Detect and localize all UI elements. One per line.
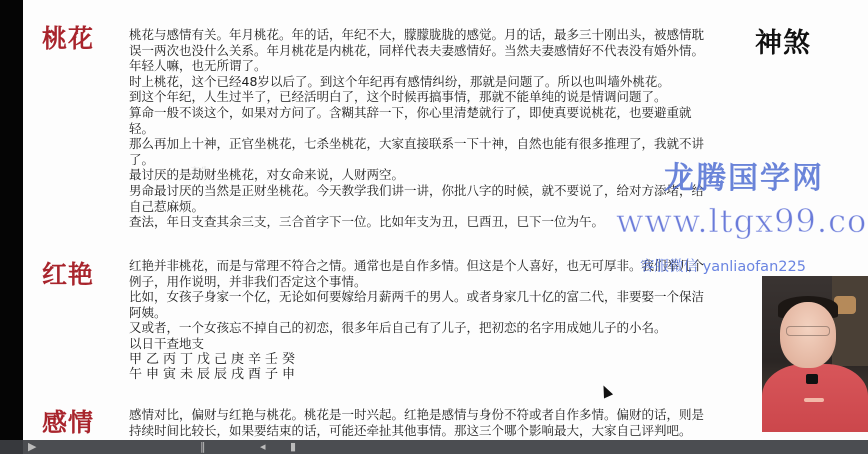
paragraph: 比如，女孩子身家一个亿，无论如何要嫁给月薪两千的男人。或者身家几十亿的富二代，非… (129, 289, 711, 320)
watermark-site-name: 龙腾国学网 (664, 164, 824, 194)
section-title-taohua: 桃花 (42, 26, 94, 51)
paragraph: 红艳并非桃花，而是与常理不符合之情。通常也是自作多情。但这是个人喜好，也无可厚非… (129, 258, 711, 289)
frog-button (804, 398, 824, 402)
section-body-ganqing: 感情对比，偏财与红艳与桃花。桃花是一时兴起。红艳是感情与身份不符或者自作多情。偏… (129, 407, 711, 438)
video-player-control-bar[interactable]: ▶ ‖ ◂ ▮ (0, 440, 868, 454)
control-icon[interactable]: ‖ (200, 441, 206, 453)
watermark-url: www.ltgx99.com (616, 205, 868, 237)
paragraph: 感情对比，偏财与红艳与桃花。桃花是一时兴起。红艳是感情与身份不符或者自作多情。偏… (129, 407, 711, 438)
bookshelf (832, 276, 868, 366)
progress-handle-icon[interactable]: ▮ (290, 441, 296, 453)
corner-title: 神煞 (755, 30, 811, 57)
paragraph: 最讨厌的是劫财坐桃花，对女命来说，人财两空。 (129, 167, 711, 183)
glasses-icon (786, 326, 830, 336)
presenter-webcam (762, 276, 868, 432)
paragraph: 桃花与感情有关。年月桃花。年的话，年纪不大，朦朦胧胧的感觉。月的话，最多三十刚出… (129, 27, 711, 74)
paragraph: 算命一般不谈这个，如果对方问了。含糊其辞一下，你心里清楚就行了，即使真要说桃花，… (129, 105, 711, 136)
section-title-ganqing: 感情 (42, 410, 94, 435)
ghost-overlay-text: 亲生 (190, 163, 210, 178)
section-body-hongyan: 红艳并非桃花，而是与常理不符合之情。通常也是自作多情。但这是个人喜好，也无可厚非… (129, 258, 711, 383)
paragraph: 那么再加上十神，正官坐桃花，七杀坐桃花，大家直接联系一下十神，自然也能有很多推理… (129, 136, 711, 167)
paragraph: 时上桃花，这个已经48岁以后了。到这个年纪再有感情纠纷，那就是问题了。所以也叫墙… (129, 74, 711, 90)
paragraph: 以日干查地支 (129, 336, 711, 352)
section-title-hongyan: 红艳 (42, 262, 94, 287)
heavenly-stems-row: 甲乙丙丁戊己庚辛壬癸 (129, 352, 711, 368)
lapel-mic-icon (806, 374, 818, 384)
earthly-branches-row: 午申寅未辰辰戌酉子申 (129, 367, 711, 383)
left-black-margin (0, 0, 23, 454)
volume-icon[interactable]: ◂ (260, 441, 266, 453)
section-body-taohua: 桃花与感情有关。年月桃花。年的话，年纪不大，朦朦胧胧的感觉。月的话，最多三十刚出… (129, 27, 711, 230)
paragraph: 又或者，一个女孩忘不掉自己的初恋，很多年后自己有了儿子，把初恋的名字用成她儿子的… (129, 320, 711, 336)
paragraph: 到这个年纪，人生过半了，已经活明白了，这个时候再搞事情，那就不能单纯的说是情调问… (129, 89, 711, 105)
play-button-icon[interactable]: ▶ (28, 441, 36, 453)
watermark-contact: 客服微信 yanliaofan225 (640, 260, 806, 275)
